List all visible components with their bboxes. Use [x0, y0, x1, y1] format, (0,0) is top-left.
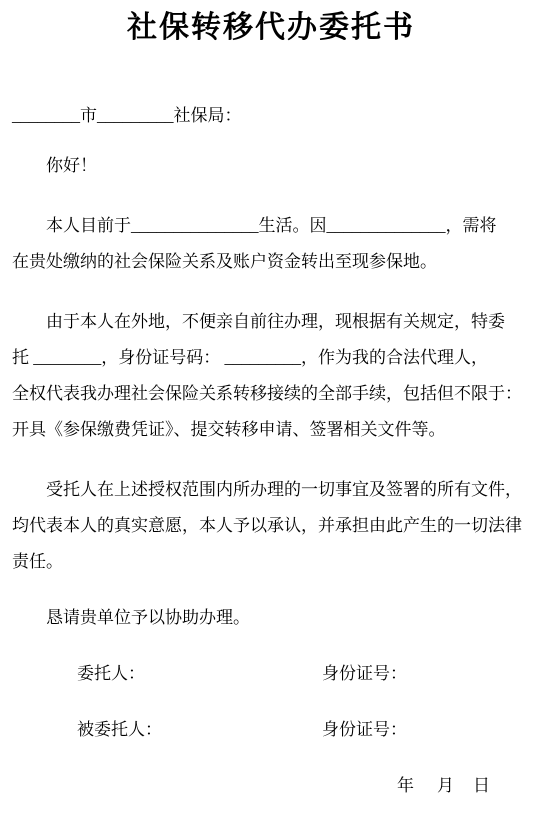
greeting-line: 你好！ — [12, 148, 530, 184]
salutation-paragraph: ________市_________社保局： — [12, 98, 530, 134]
body-line: 开具《参保缴费凭证》、提交转移申请、签署相关文件等。 — [12, 412, 530, 448]
salutation-line: ________市_________社保局： — [12, 98, 530, 134]
body-line: 托 ________，身份证号码： _________，作为我的合法代理人， — [12, 340, 530, 376]
body-line: 全权代表我办理社会保险关系转移接续的全部手续，包括但不限于： — [12, 376, 530, 412]
date-year-label: 年 — [397, 768, 414, 804]
body-line: 责任。 — [12, 544, 530, 580]
agent-signature-row: 被委托人： 身份证号： — [12, 712, 530, 748]
document-page: 社保转移代办委托书 ________市_________社保局： 你好！ 本人目… — [0, 0, 535, 818]
agent-id-label: 身份证号： — [322, 712, 407, 748]
greeting-paragraph: 你好！ — [12, 148, 530, 184]
closing-paragraph: 恳请贵单位予以协助办理。 — [12, 600, 530, 636]
agent-label: 被委托人： — [77, 712, 162, 748]
principal-label: 委托人： — [77, 656, 145, 692]
document-title: 社保转移代办委托书 — [12, 8, 530, 48]
body-line: 均代表本人的真实意愿，本人予以承认，并承担由此产生的一切法律 — [12, 508, 530, 544]
date-line: 年 月 日 — [12, 768, 530, 804]
body-paragraph-1: 本人目前于_______________生活。因______________，需… — [12, 208, 530, 280]
body-paragraph-3: 受托人在上述授权范围内所办理的一切事宜及签署的所有文件， 均代表本人的真实意愿，… — [12, 472, 530, 580]
principal-signature-row: 委托人： 身份证号： — [12, 656, 530, 692]
body-line: 在贵处缴纳的社会保险关系及账户资金转出至现参保地。 — [12, 244, 530, 280]
date-month-label: 月 — [437, 768, 454, 804]
body-paragraph-2: 由于本人在外地，不便亲自前往办理，现根据有关规定，特委 托 ________，身… — [12, 304, 530, 448]
date-day-label: 日 — [473, 768, 490, 804]
body-line: 受托人在上述授权范围内所办理的一切事宜及签署的所有文件， — [12, 472, 530, 508]
closing-line: 恳请贵单位予以协助办理。 — [12, 600, 530, 636]
principal-id-label: 身份证号： — [322, 656, 407, 692]
body-line: 由于本人在外地，不便亲自前往办理，现根据有关规定，特委 — [12, 304, 530, 340]
body-line: 本人目前于_______________生活。因______________，需… — [12, 208, 530, 244]
